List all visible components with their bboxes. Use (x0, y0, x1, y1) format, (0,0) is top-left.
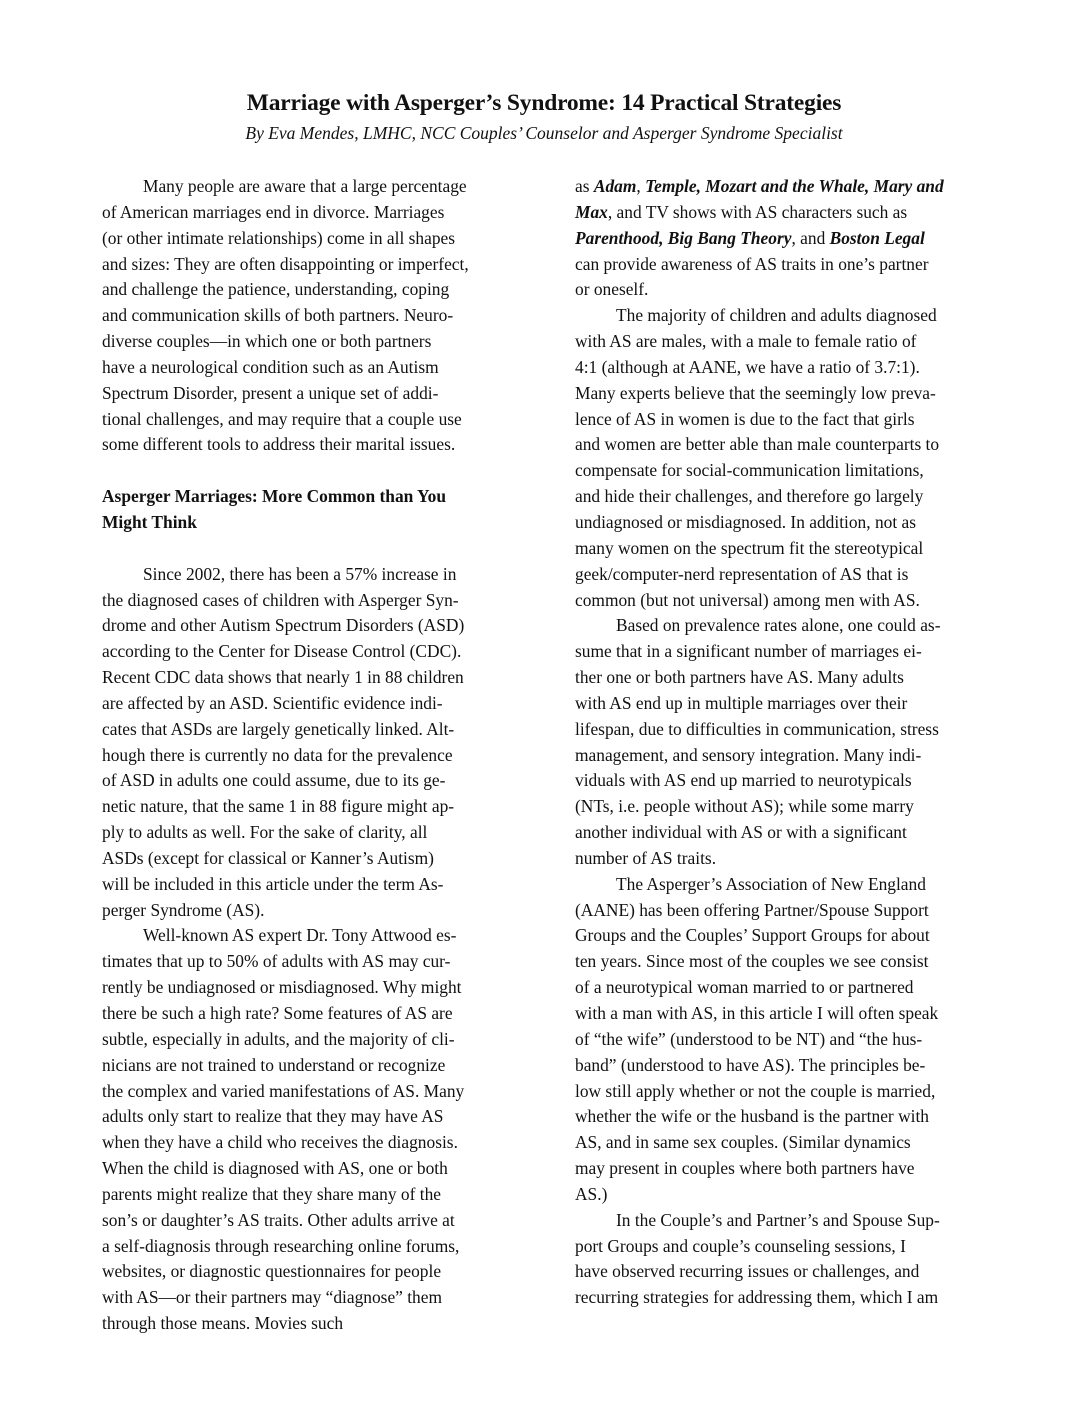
text-line: son’s or daughter’s AS traits. Other adu… (102, 1208, 542, 1234)
text-line: many women on the spectrum fit the stere… (575, 536, 1015, 562)
text-line: Might Think (102, 510, 542, 536)
text-line: another individual with AS or with a sig… (575, 820, 1015, 846)
text-line: geek/computer-nerd representation of AS … (575, 562, 1015, 588)
left-column: Many people are aware that a large perce… (102, 174, 542, 1337)
text-line: may present in couples where both partne… (575, 1156, 1015, 1182)
text-line: and hide their challenges, and therefore… (575, 484, 1015, 510)
text-line: compensate for social-communication limi… (575, 458, 1015, 484)
text-line: (AANE) has been offering Partner/Spouse … (575, 898, 1015, 924)
text-line: and women are better able than male coun… (575, 432, 1015, 458)
text-line: nicians are not trained to understand or… (102, 1053, 542, 1079)
text-line: lifespan, due to difficulties in communi… (575, 717, 1015, 743)
text-line: with AS are males, with a male to female… (575, 329, 1015, 355)
text-line: and communication skills of both partner… (102, 303, 542, 329)
text-line: Many people are aware that a large perce… (102, 174, 542, 200)
movie-title: Adam (594, 176, 637, 196)
paragraph-gender-ratio: The majority of children and adults diag… (575, 303, 1015, 613)
text-line: with a man with AS, in this article I wi… (575, 1001, 1015, 1027)
text-line: when they have a child who receives the … (102, 1130, 542, 1156)
text-line: AS.) (575, 1182, 1015, 1208)
section-heading: Asperger Marriages: More Common than You… (102, 484, 542, 536)
text-line: The majority of children and adults diag… (575, 303, 1015, 329)
text-line: whether the wife or the husband is the p… (575, 1104, 1015, 1130)
text-line: of “the wife” (understood to be NT) and … (575, 1027, 1015, 1053)
text-line: 4:1 (although at AANE, we have a ratio o… (575, 355, 1015, 381)
text-line: lence of AS in women is due to the fact … (575, 407, 1015, 433)
text-line: some different tools to address their ma… (102, 432, 542, 458)
text-line: timates that up to 50% of adults with AS… (102, 949, 542, 975)
text-line: are affected by an ASD. Scientific evide… (102, 691, 542, 717)
text-line: parents might realize that they share ma… (102, 1182, 542, 1208)
text-line: band” (understood to have AS). The princ… (575, 1053, 1015, 1079)
text-line: ther one or both partners have AS. Many … (575, 665, 1015, 691)
paragraph-prevalence: Since 2002, there has been a 57% increas… (102, 562, 542, 924)
text-line: hough there is currently no data for the… (102, 743, 542, 769)
movie-titles: Temple, Mozart and the Whale, Mary and (645, 176, 944, 196)
document-byline: By Eva Mendes, LMHC, NCC Couples’ Counse… (0, 123, 1088, 144)
text-line: sume that in a significant number of mar… (575, 639, 1015, 665)
text-line: rently be undiagnosed or misdiagnosed. W… (102, 975, 542, 1001)
text-line: according to the Center for Disease Cont… (102, 639, 542, 665)
text-line: (or other intimate relationships) come i… (102, 226, 542, 252)
paragraph-media-examples: as Adam, Temple, Mozart and the Whale, M… (575, 174, 1015, 303)
text-line: Asperger Marriages: More Common than You (102, 484, 542, 510)
paragraph-marriage-prevalence: Based on prevalence rates alone, one cou… (575, 613, 1015, 871)
text-line: the diagnosed cases of children with Asp… (102, 588, 542, 614)
text-line: with AS end up in multiple marriages ove… (575, 691, 1015, 717)
text-line: ten years. Since most of the couples we … (575, 949, 1015, 975)
text-line: management, and sensory integration. Man… (575, 743, 1015, 769)
text-line: (NTs, i.e. people without AS); while som… (575, 794, 1015, 820)
text-line: and sizes: They are often disappointing … (102, 252, 542, 278)
text-line: have a neurological condition such as an… (102, 355, 542, 381)
text-line: recurring strategies for addressing them… (575, 1285, 1015, 1311)
text-line: tional challenges, and may require that … (102, 407, 542, 433)
text-line: Based on prevalence rates alone, one cou… (575, 613, 1015, 639)
text-line: Spectrum Disorder, present a unique set … (102, 381, 542, 407)
document-title: Marriage with Asperger’s Syndrome: 14 Pr… (0, 90, 1088, 117)
text-line: have observed recurring issues or challe… (575, 1259, 1015, 1285)
text-line: a self-diagnosis through researching onl… (102, 1234, 542, 1260)
text-line: adults only start to realize that they m… (102, 1104, 542, 1130)
text-line: drome and other Autism Spectrum Disorder… (102, 613, 542, 639)
tv-title: Boston Legal (830, 228, 925, 248)
right-column: as Adam, Temple, Mozart and the Whale, M… (575, 174, 1015, 1311)
text-line: Well-known AS expert Dr. Tony Attwood es… (102, 923, 542, 949)
text-line: Recent CDC data shows that nearly 1 in 8… (102, 665, 542, 691)
text-line: netic nature, that the same 1 in 88 figu… (102, 794, 542, 820)
text-line: Since 2002, there has been a 57% increas… (102, 562, 542, 588)
text-line: port Groups and couple’s counseling sess… (575, 1234, 1015, 1260)
text-line: AS, and in same sex couples. (Similar dy… (575, 1130, 1015, 1156)
tv-titles: Parenthood, Big Bang Theory (575, 228, 791, 248)
text-line: will be included in this article under t… (102, 872, 542, 898)
text-line: cates that ASDs are largely genetically … (102, 717, 542, 743)
text-line: Many experts believe that the seemingly … (575, 381, 1015, 407)
paragraph-intro: Many people are aware that a large perce… (102, 174, 542, 458)
text-line: of ASD in adults one could assume, due t… (102, 768, 542, 794)
paragraph-undiagnosed: Well-known AS expert Dr. Tony Attwood es… (102, 923, 542, 1337)
text-line: number of AS traits. (575, 846, 1015, 872)
text-line: perger Syndrome (AS). (102, 898, 542, 924)
text-line: and challenge the patience, understandin… (102, 277, 542, 303)
text-line: of a neurotypical woman married to or pa… (575, 975, 1015, 1001)
text-line: viduals with AS end up married to neurot… (575, 768, 1015, 794)
text-line: through those means. Movies such (102, 1311, 542, 1337)
text-line: When the child is diagnosed with AS, one… (102, 1156, 542, 1182)
text-line: The Asperger’s Association of New Englan… (575, 872, 1015, 898)
text-line: In the Couple’s and Partner’s and Spouse… (575, 1208, 1015, 1234)
text-line: diverse couples—in which one or both par… (102, 329, 542, 355)
text-line: ASDs (except for classical or Kanner’s A… (102, 846, 542, 872)
paragraph-strategies-intro: In the Couple’s and Partner’s and Spouse… (575, 1208, 1015, 1311)
text-line: there be such a high rate? Some features… (102, 1001, 542, 1027)
paragraph-aane-groups: The Asperger’s Association of New Englan… (575, 872, 1015, 1208)
movie-title: Max (575, 202, 608, 222)
text-line: low still apply whether or not the coupl… (575, 1079, 1015, 1105)
text-line: common (but not universal) among men wit… (575, 588, 1015, 614)
text-line: the complex and varied manifestations of… (102, 1079, 542, 1105)
text-line: Groups and the Couples’ Support Groups f… (575, 923, 1015, 949)
text-line: with AS—or their partners may “diagnose”… (102, 1285, 542, 1311)
text-line: of American marriages end in divorce. Ma… (102, 200, 542, 226)
text-line: undiagnosed or misdiagnosed. In addition… (575, 510, 1015, 536)
text-line: websites, or diagnostic questionnaires f… (102, 1259, 542, 1285)
text-line: ply to adults as well. For the sake of c… (102, 820, 542, 846)
text-line: subtle, especially in adults, and the ma… (102, 1027, 542, 1053)
